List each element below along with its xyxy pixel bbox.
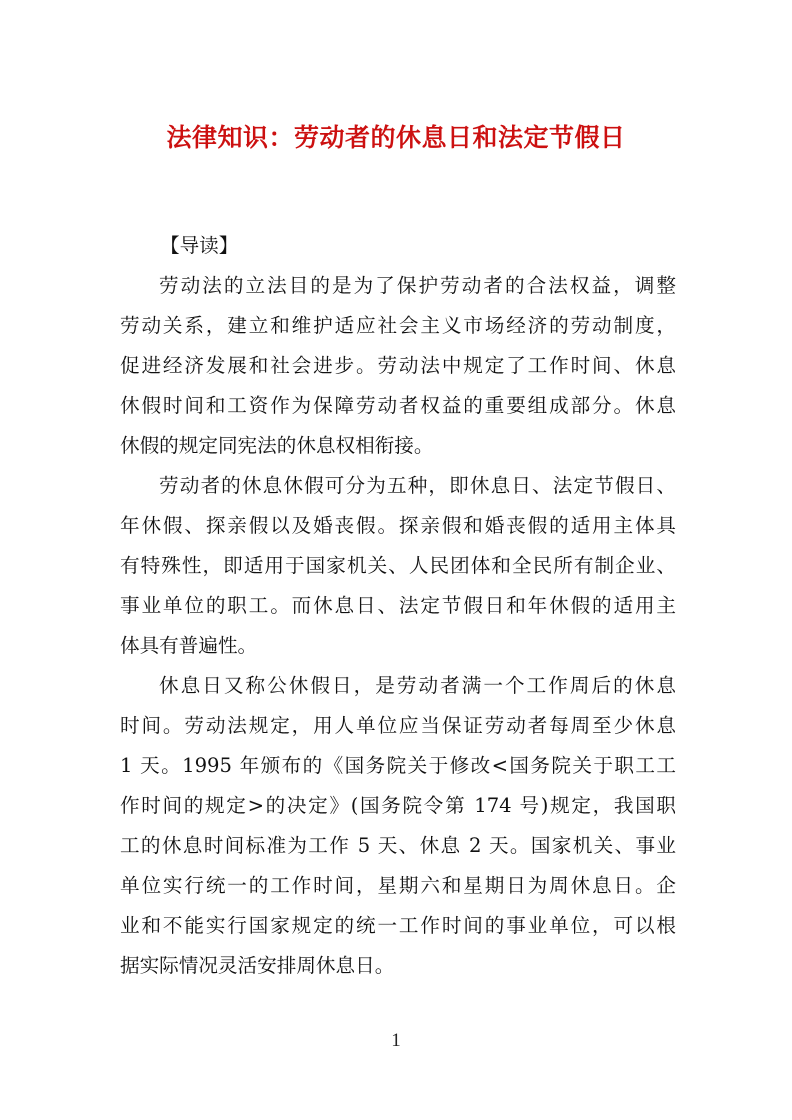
paragraph-line: 单位实行统一的工作时间，星期六和星期日为周休息日。企 — [120, 866, 676, 906]
paragraph-line: 体具有普遍性。 — [120, 626, 676, 666]
paragraph-line: 休假的规定同宪法的休息权相衔接。 — [120, 426, 676, 466]
paragraph-line: 劳动关系，建立和维护适应社会主义市场经济的劳动制度， — [120, 306, 676, 346]
paragraph-line: 劳动者的休息休假可分为五种，即休息日、法定节假日、 — [120, 466, 676, 506]
paragraph-line: 休息日又称公休假日，是劳动者满一个工作周后的休息 — [120, 666, 676, 706]
paragraph-line: 有特殊性，即适用于国家机关、人民团体和全民所有制企业、 — [120, 546, 676, 586]
section-label: 【导读】 — [120, 226, 676, 266]
paragraph-line: 促进经济发展和社会进步。劳动法中规定了工作时间、休息 — [120, 346, 676, 386]
paragraph-line: 工的休息时间标准为工作 5 天、休息 2 天。国家机关、事业 — [120, 826, 676, 866]
page-number: 1 — [0, 1030, 792, 1052]
paragraph-line: 1 天。1995 年颁布的《国务院关于修改<国务院关于职工工 — [120, 746, 676, 786]
paragraph-line: 休假时间和工资作为保障劳动者权益的重要组成部分。休息 — [120, 386, 676, 426]
document-title: 法律知识：劳动者的休息日和法定节假日 — [0, 118, 792, 154]
paragraph-line: 时间。劳动法规定，用人单位应当保证劳动者每周至少休息 — [120, 706, 676, 746]
paragraph-line: 年休假、探亲假以及婚丧假。探亲假和婚丧假的适用主体具 — [120, 506, 676, 546]
paragraph-line: 作时间的规定>的决定》(国务院令第 174 号)规定，我国职 — [120, 786, 676, 826]
document-body: 【导读】 劳动法的立法目的是为了保护劳动者的合法权益，调整 劳动关系，建立和维护… — [120, 226, 676, 986]
paragraph-line: 业和不能实行国家规定的统一工作时间的事业单位，可以根 — [120, 906, 676, 946]
paragraph-line: 据实际情况灵活安排周休息日。 — [120, 946, 676, 986]
paragraph-line: 劳动法的立法目的是为了保护劳动者的合法权益，调整 — [120, 266, 676, 306]
document-page: 法律知识：劳动者的休息日和法定节假日 【导读】 劳动法的立法目的是为了保护劳动者… — [0, 0, 792, 1120]
paragraph-line: 事业单位的职工。而休息日、法定节假日和年休假的适用主 — [120, 586, 676, 626]
